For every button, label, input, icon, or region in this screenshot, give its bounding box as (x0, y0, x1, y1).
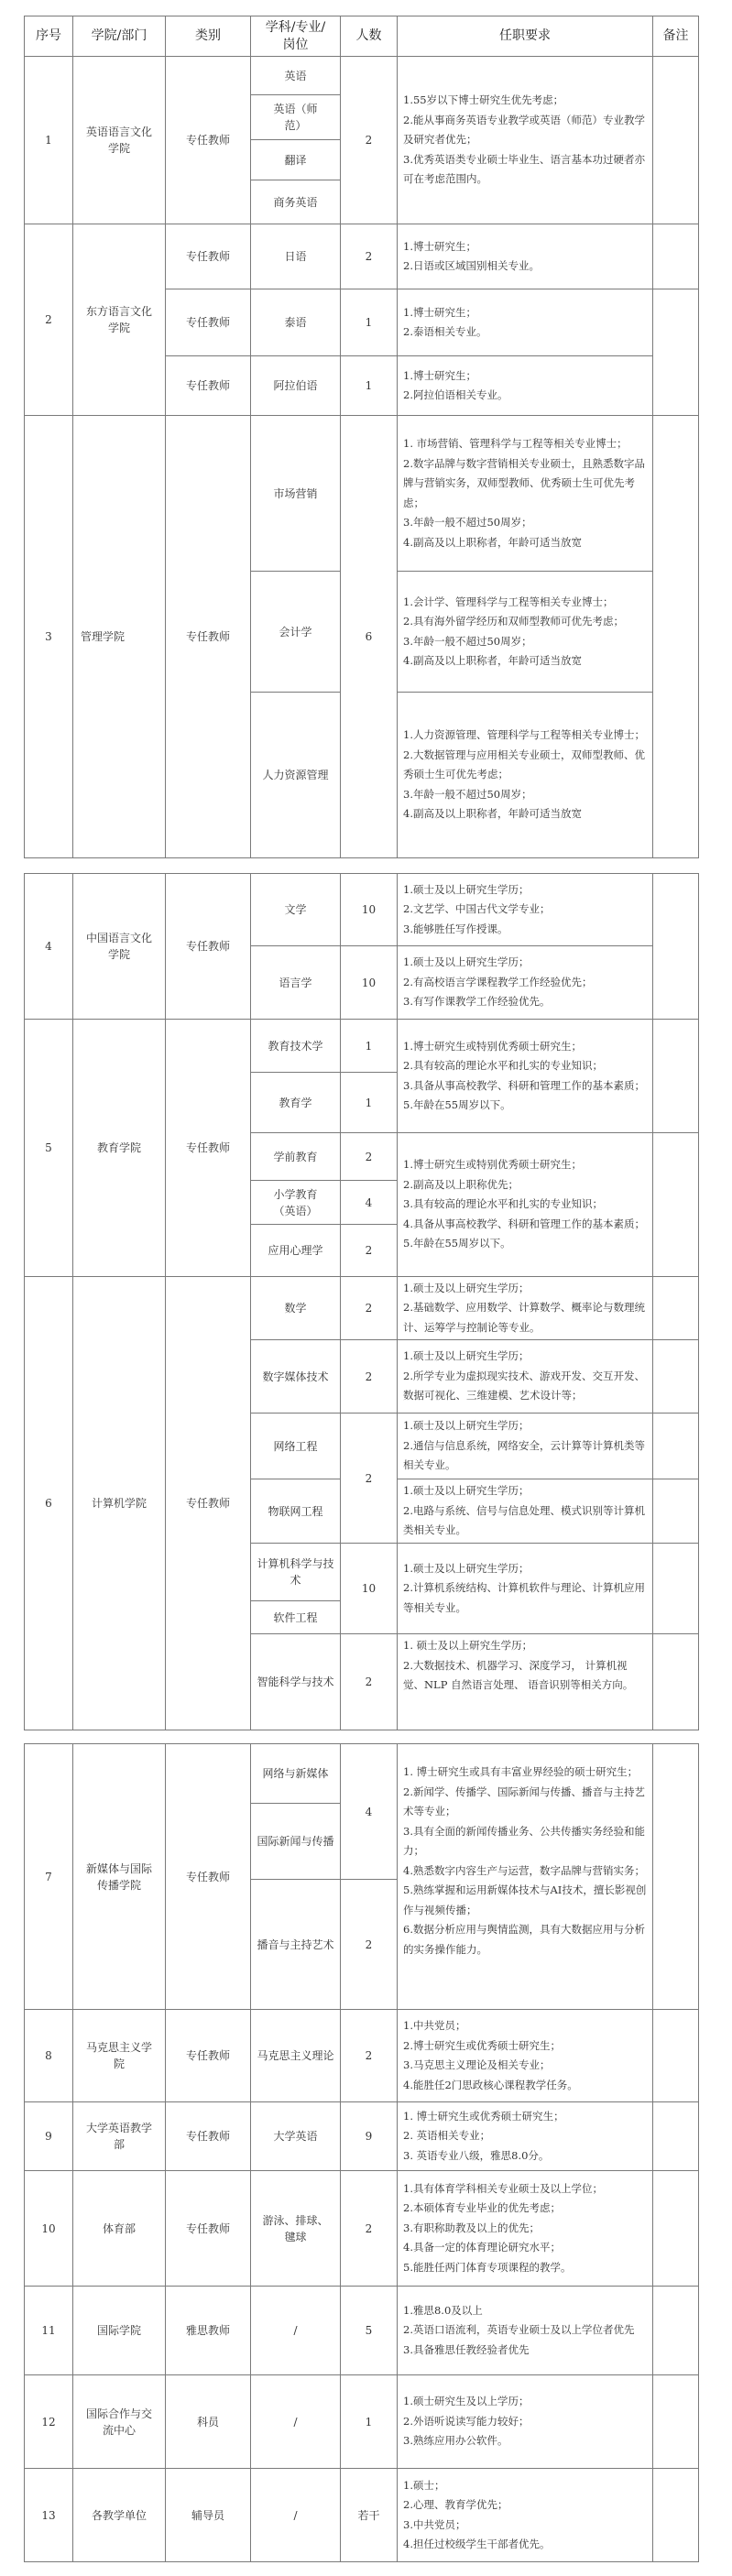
row-1-dept: 英语语言文化学院 (72, 56, 166, 224)
row-3-subject-3: 人力资源管理 (250, 692, 341, 858)
row-3-requirements-1: 1. 市场营销、管理科学与工程等相关专业博士； 2.数字品牌与数字营销相关专业硕… (397, 415, 653, 572)
requirements-text: 1.硕士及以上研究生学历； 2.电路与系统、信号与信息处理、模式识别等计算机类相… (403, 1481, 648, 1541)
row-5-count-1: 1 (340, 1019, 398, 1073)
row-5-requirements-2: 1.博士研究生或特别优秀硕士研究生； 2.副高及以上职称优先； 3.具有较高的理… (397, 1132, 653, 1277)
row-12-category: 科员 (165, 2374, 251, 2469)
header-requirements: 任职要求 (397, 16, 653, 57)
row-6-subject-3: 网络工程 (250, 1413, 341, 1479)
row-3-dept: 管理学院 (72, 415, 166, 858)
row-4-count-2: 10 (340, 945, 398, 1020)
row-8-subject: 马克思主义理论 (250, 2009, 341, 2102)
row-6-subject-2: 数字媒体技术 (250, 1339, 341, 1414)
row-5-dept: 教育学院 (72, 1019, 166, 1277)
row-9-requirements: 1. 博士研究生或优秀硕士研究生； 2. 英语相关专业； 3. 英语专业八级，雅… (397, 2101, 653, 2171)
row-5-subject-4: 小学教育（英语） (250, 1180, 341, 1225)
row-10-category: 专任教师 (165, 2170, 251, 2287)
row-6-remarks-4 (652, 1479, 699, 1544)
row-1-subject-4: 商务英语 (250, 180, 341, 224)
row-3-subject-2: 会计学 (250, 571, 341, 693)
row-6-requirements-4: 1.硕士及以上研究生学历； 2.电路与系统、信号与信息处理、模式识别等计算机类相… (397, 1479, 653, 1544)
row-5-remarks-1 (652, 1019, 699, 1133)
row-7-category: 专任教师 (165, 1743, 251, 2010)
row-12-subject: / (250, 2374, 341, 2469)
row-6-count-2: 2 (340, 1339, 398, 1414)
requirements-text: 1.硕士研究生及以上学历； 2.外语听说读写能力较好； 3.熟练应用办公软件。 (403, 2392, 529, 2451)
requirements-text: 1.会计学、管理科学与工程等相关专业博士； 2.具有海外留学经历和双师型教师可优… (403, 593, 624, 671)
row-4-remarks (652, 873, 699, 1020)
header-seq: 序号 (24, 16, 73, 57)
row-1-subject-3: 翻译 (250, 139, 341, 180)
row-6-subject-4: 物联网工程 (250, 1479, 341, 1544)
row-5-subject-5: 应用心理学 (250, 1224, 341, 1277)
row-12-dept: 国际合作与交流中心 (72, 2374, 166, 2469)
row-12-requirements: 1.硕士研究生及以上学历； 2.外语听说读写能力较好； 3.熟练应用办公软件。 (397, 2374, 653, 2469)
row-10-dept: 体育部 (72, 2170, 166, 2287)
row-6-remarks-5 (652, 1543, 699, 1634)
row-2-category-1: 专任教师 (165, 224, 251, 289)
header-remarks: 备注 (652, 16, 699, 57)
row-8-count: 2 (340, 2009, 398, 2102)
row-8-seq: 8 (24, 2009, 73, 2102)
row-3-count: 6 (340, 415, 398, 858)
requirements-text: 1.博士研究生或特别优秀硕士研究生； 2.副高及以上职称优先； 3.具有较高的理… (403, 1155, 645, 1254)
row-12-seq: 12 (24, 2374, 73, 2469)
row-6-requirements-7: 1. 硕士及以上研究生学历； 2.大数据技术、机器学习、深度学习， 计算机视觉、… (397, 1633, 653, 1730)
row-3-requirements-3: 1.人力资源管理、管理科学与工程等相关专业博士； 2.大数据管理与应用相关专业硕… (397, 692, 653, 858)
row-6-remarks-2 (652, 1339, 699, 1414)
row-5-category: 专任教师 (165, 1019, 251, 1277)
row-2-count-2: 1 (340, 289, 398, 356)
row-6-subject-1: 数学 (250, 1276, 341, 1340)
row-4-requirements-1: 1.硕士及以上研究生学历； 2.文艺学、中国古代文学专业； 3.能够胜任写作授课… (397, 873, 653, 946)
requirements-text: 1. 博士研究生或具有丰富业界经验的硕士研究生； 2.新闻学、传播学、国际新闻与… (403, 1763, 648, 1959)
row-1-count: 2 (340, 56, 398, 224)
row-10-count: 2 (340, 2170, 398, 2287)
row-5-count-2: 1 (340, 1072, 398, 1133)
row-8-remarks (652, 2009, 699, 2102)
row-6-count-network-iot: 2 (340, 1413, 398, 1544)
row-5-seq: 5 (24, 1019, 73, 1277)
requirements-text: 1.55岁以下博士研究生优先考虑； 2.能从事商务英语专业教学或英语（师范）专业… (403, 91, 648, 190)
row-2-category-3: 专任教师 (165, 355, 251, 416)
row-13-subject: / (250, 2468, 341, 2562)
requirements-text: 1. 硕士及以上研究生学历； 2.大数据技术、机器学习、深度学习， 计算机视觉、… (403, 1636, 648, 1696)
row-2-requirements-1: 1.博士研究生； 2.日语或区域国别相关专业。 (397, 224, 653, 289)
row-2-remarks-1 (652, 224, 699, 289)
row-11-seq: 11 (24, 2286, 73, 2375)
row-11-dept: 国际学院 (72, 2286, 166, 2375)
row-1-remarks (652, 56, 699, 224)
row-13-count: 若干 (340, 2468, 398, 2562)
requirements-text: 1.博士研究生或特别优秀硕士研究生； 2.具有较高的理论水平和扎实的专业知识； … (403, 1037, 645, 1116)
header-subject: 学科/专业/岗位 (250, 16, 341, 57)
requirements-text: 1.硕士及以上研究生学历； 2.计算机系统结构、计算机软件与理论、计算机应用等相… (403, 1559, 648, 1619)
row-3-requirements-2: 1.会计学、管理科学与工程等相关专业博士； 2.具有海外留学经历和双师型教师可优… (397, 571, 653, 693)
row-6-count-7: 2 (340, 1633, 398, 1730)
requirements-text: 1. 市场营销、管理科学与工程等相关专业博士； 2.数字品牌与数字营销相关专业硕… (403, 434, 648, 552)
row-4-subject-1: 文学 (250, 873, 341, 946)
row-2-seq: 2 (24, 224, 73, 416)
row-4-category: 专任教师 (165, 873, 251, 1020)
requirements-text: 1. 博士研究生或优秀硕士研究生； 2. 英语相关专业； 3. 英语专业八级，雅… (403, 2107, 564, 2167)
row-3-seq: 3 (24, 415, 73, 858)
row-7-count-1-2: 4 (340, 1743, 398, 1880)
row-13-remarks (652, 2468, 699, 2562)
row-3-remarks (652, 415, 699, 858)
row-5-count-4: 4 (340, 1180, 398, 1225)
requirements-text: 1.博士研究生； 2.泰语相关专业。 (403, 303, 486, 343)
row-13-dept: 各教学单位 (72, 2468, 166, 2562)
row-2-count-1: 2 (340, 224, 398, 289)
row-7-requirements: 1. 博士研究生或具有丰富业界经验的硕士研究生； 2.新闻学、传播学、国际新闻与… (397, 1743, 653, 2010)
row-4-requirements-2: 1.硕士及以上研究生学历； 2.有高校语言学课程教学工作经验优先； 3.有写作课… (397, 945, 653, 1020)
row-4-seq: 4 (24, 873, 73, 1020)
row-9-count: 9 (340, 2101, 398, 2171)
row-8-category: 专任教师 (165, 2009, 251, 2102)
row-6-count-1: 2 (340, 1276, 398, 1340)
row-1-seq: 1 (24, 56, 73, 224)
row-13-seq: 13 (24, 2468, 73, 2562)
row-6-remarks-3 (652, 1413, 699, 1479)
row-7-subject-1: 网络与新媒体 (250, 1743, 341, 1804)
requirements-text: 1.人力资源管理、管理科学与工程等相关专业博士； 2.大数据管理与应用相关专业硕… (403, 726, 648, 824)
row-2-count-3: 1 (340, 355, 398, 416)
row-6-requirements-3: 1.硕士及以上研究生学历； 2.通信与信息系统，网络安全，云计算等计算机类等相关… (397, 1413, 653, 1479)
row-5-count-3: 2 (340, 1132, 398, 1181)
row-5-subject-3: 学前教育 (250, 1132, 341, 1181)
requirements-text: 1.硕士及以上研究生学历； 2.文艺学、中国古代文学专业； 3.能够胜任写作授课… (403, 880, 550, 940)
row-9-subject: 大学英语 (250, 2101, 341, 2171)
row-2-requirements-3: 1.博士研究生； 2.阿拉伯语相关专业。 (397, 355, 653, 416)
row-2-dept: 东方语言文化学院 (72, 224, 166, 416)
row-7-subject-2: 国际新闻与传播 (250, 1803, 341, 1880)
row-4-subject-2: 语言学 (250, 945, 341, 1020)
row-6-subject-5: 计算机科学与技术 (250, 1543, 341, 1601)
row-8-requirements: 1.中共党员； 2.博士研究生或优秀硕士研究生； 3.马克思主义理论及相关专业；… (397, 2009, 653, 2102)
row-3-subject-1: 市场营销 (250, 415, 341, 572)
row-2-requirements-2: 1.博士研究生； 2.泰语相关专业。 (397, 289, 653, 356)
row-10-remarks (652, 2170, 699, 2287)
requirements-text: 1.中共党员； 2.博士研究生或优秀硕士研究生； 3.马克思主义理论及相关专业；… (403, 2016, 578, 2095)
row-9-remarks (652, 2101, 699, 2171)
row-10-subject: 游泳、排球、毽球 (250, 2170, 341, 2287)
row-5-subject-1: 教育技术学 (250, 1019, 341, 1073)
requirements-text: 1.博士研究生； 2.阿拉伯语相关专业。 (403, 366, 508, 406)
row-6-requirements-1: 1.硕士及以上研究生学历； 2.基础数学、应用数学、计算数学、概率论与数理统计、… (397, 1276, 653, 1340)
row-6-category: 专任教师 (165, 1276, 251, 1730)
row-6-subject-7: 智能科学与技术 (250, 1633, 341, 1730)
row-2-subject-1: 日语 (250, 224, 341, 289)
row-11-count: 5 (340, 2286, 398, 2375)
row-5-remarks-2 (652, 1132, 699, 1277)
row-11-category: 雅思教师 (165, 2286, 251, 2375)
row-11-subject: / (250, 2286, 341, 2375)
row-6-remarks-6 (652, 1633, 699, 1730)
row-11-requirements: 1.雅思8.0及以上 2.英语口语流利，英语专业硕士及以上学位者优先 3.具备雅… (397, 2286, 653, 2375)
header-dept: 学院/部门 (72, 16, 166, 57)
row-2-subject-2: 泰语 (250, 289, 341, 356)
row-10-seq: 10 (24, 2170, 73, 2287)
row-9-category: 专任教师 (165, 2101, 251, 2171)
row-6-seq: 6 (24, 1276, 73, 1730)
row-9-dept: 大学英语教学部 (72, 2101, 166, 2171)
row-1-category: 专任教师 (165, 56, 251, 224)
row-6-requirements-cs-se: 1.硕士及以上研究生学历； 2.计算机系统结构、计算机软件与理论、计算机应用等相… (397, 1543, 653, 1634)
row-2-category-2: 专任教师 (165, 289, 251, 356)
row-2-subject-3: 阿拉伯语 (250, 355, 341, 416)
row-7-count-3: 2 (340, 1879, 398, 2010)
requirements-text: 1.硕士及以上研究生学历； 2.通信与信息系统，网络安全，云计算等计算机类等相关… (403, 1416, 648, 1476)
row-7-remarks (652, 1743, 699, 2010)
row-11-remarks (652, 2286, 699, 2375)
row-7-subject-3: 播音与主持艺术 (250, 1879, 341, 2010)
header-category: 类别 (165, 16, 251, 57)
row-1-subject-2: 英语（师范） (250, 94, 341, 140)
row-5-count-5: 2 (340, 1224, 398, 1277)
header-count: 人数 (340, 16, 398, 57)
row-7-dept: 新媒体与国际传播学院 (72, 1743, 166, 2010)
requirements-text: 1.博士研究生； 2.日语或区域国别相关专业。 (403, 237, 540, 277)
row-6-count-cs-se: 10 (340, 1543, 398, 1634)
row-12-remarks (652, 2374, 699, 2469)
requirements-text: 1.雅思8.0及以上 2.英语口语流利，英语专业硕士及以上学位者优先 3.具备雅… (403, 2301, 634, 2361)
requirements-text: 1.具有体育学科相关专业硕士及以上学位； 2.本硕体育专业毕业的优先考虑； 3.… (403, 2179, 603, 2278)
row-1-subject-1: 英语 (250, 56, 341, 95)
row-6-subject-6: 软件工程 (250, 1600, 341, 1634)
row-9-seq: 9 (24, 2101, 73, 2171)
row-10-requirements: 1.具有体育学科相关专业硕士及以上学位； 2.本硕体育专业毕业的优先考虑； 3.… (397, 2170, 653, 2287)
requirements-text: 1.硕士； 2.心理、教育学优先； 3.中共党员； 4.担任过校级学生干部者优先… (403, 2476, 550, 2555)
row-1-requirements: 1.55岁以下博士研究生优先考虑； 2.能从事商务英语专业教学或英语（师范）专业… (397, 56, 653, 224)
requirements-text: 1.硕士及以上研究生学历； 2.有高校语言学课程教学工作经验优先； 3.有写作课… (403, 953, 592, 1012)
row-12-count: 1 (340, 2374, 398, 2469)
row-3-category: 专任教师 (165, 415, 251, 858)
row-6-remarks-1 (652, 1276, 699, 1340)
row-7-seq: 7 (24, 1743, 73, 2010)
row-13-requirements: 1.硕士； 2.心理、教育学优先； 3.中共党员； 4.担任过校级学生干部者优先… (397, 2468, 653, 2562)
row-2-remarks-2 (652, 289, 699, 416)
row-13-category: 辅导员 (165, 2468, 251, 2562)
row-6-requirements-2: 1.硕士及以上研究生学历； 2.所学专业为虚拟现实技术、游戏开发、交互开发、数据… (397, 1339, 653, 1414)
row-4-count-1: 10 (340, 873, 398, 946)
row-5-requirements-1: 1.博士研究生或特别优秀硕士研究生； 2.具有较高的理论水平和扎实的专业知识； … (397, 1019, 653, 1133)
row-5-subject-2: 教育学 (250, 1072, 341, 1133)
requirements-text: 1.硕士及以上研究生学历； 2.所学专业为虚拟现实技术、游戏开发、交互开发、数据… (403, 1347, 648, 1406)
requirements-text: 1.硕士及以上研究生学历； 2.基础数学、应用数学、计算数学、概率论与数理统计、… (403, 1279, 648, 1338)
row-6-dept: 计算机学院 (72, 1276, 166, 1730)
row-8-dept: 马克思主义学院 (72, 2009, 166, 2102)
row-4-dept: 中国语言文化学院 (72, 873, 166, 1020)
